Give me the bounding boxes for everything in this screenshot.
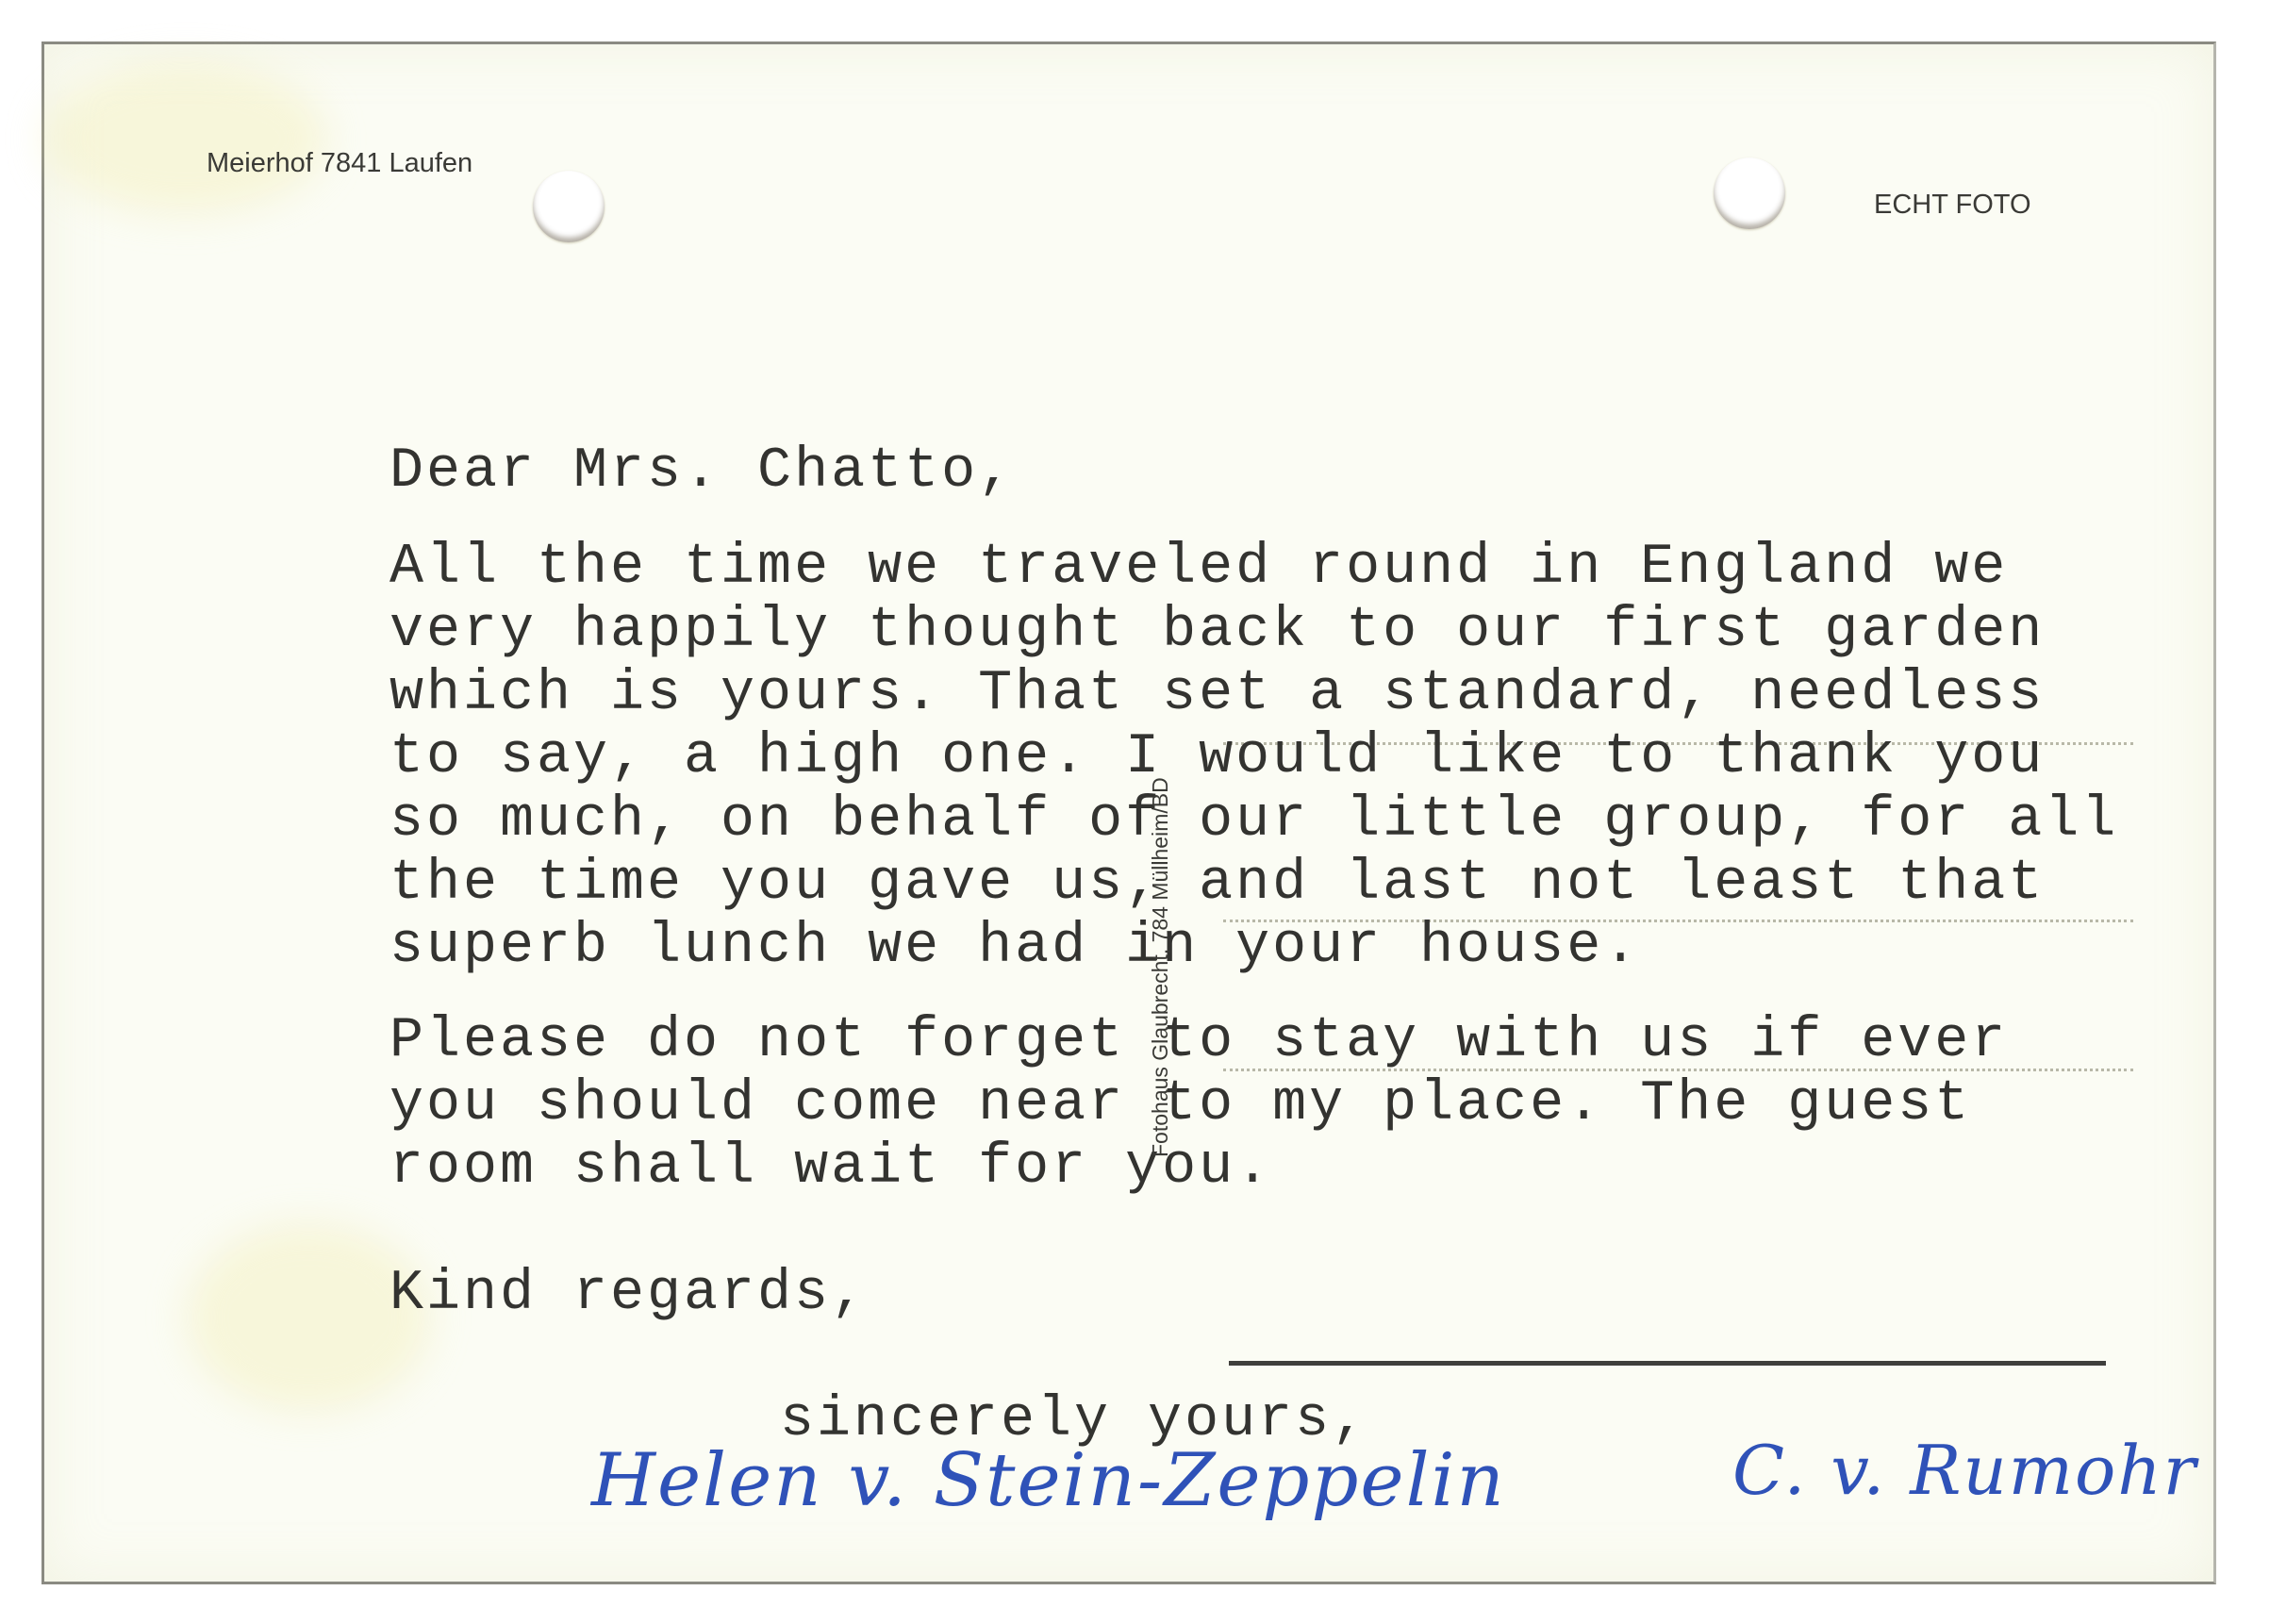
paragraph-line: to say, a high one. I would like to than… <box>389 726 2045 789</box>
signature-line <box>1229 1361 2106 1366</box>
paragraph-line: the time you gave us, and last not least… <box>389 853 2045 916</box>
paragraph-line: so much, on behalf of our little group, … <box>389 789 2118 853</box>
salutation: Dear Mrs. Chatto, <box>389 440 1015 504</box>
signature-helen: Helen v. Stein-Zeppelin <box>591 1438 1506 1523</box>
closing: Kind regards, <box>389 1263 868 1326</box>
paragraph-line: very happily thought back to our first g… <box>389 600 2045 663</box>
photo-mark: ECHT FOTO <box>1874 190 2031 221</box>
paragraph-line: which is yours. That set a standard, nee… <box>389 663 2045 726</box>
postcard: Meierhof 7841 Laufen ECHT FOTO Dear Mrs.… <box>41 41 2216 1584</box>
paragraph-line: you should come near to my place. The gu… <box>389 1073 1971 1136</box>
paragraph-line: room shall wait for you. <box>389 1136 1272 1200</box>
age-stain <box>44 63 327 214</box>
photographer-imprint: Fotohaus Glaubrecht, 784 Müllheim/BD <box>1148 777 1173 1157</box>
punch-hole-right <box>1714 157 1785 229</box>
sender-address: Meierhof 7841 Laufen <box>207 148 472 179</box>
punch-hole-left <box>533 171 605 242</box>
paragraph-line: superb lunch we had in your house. <box>389 916 1640 979</box>
paragraph-line: Please do not forget to stay with us if … <box>389 1010 2008 1073</box>
paragraph-line: All the time we traveled round in Englan… <box>389 537 2008 600</box>
signature-rumohr: C. v. Rumohr <box>1732 1431 2197 1510</box>
